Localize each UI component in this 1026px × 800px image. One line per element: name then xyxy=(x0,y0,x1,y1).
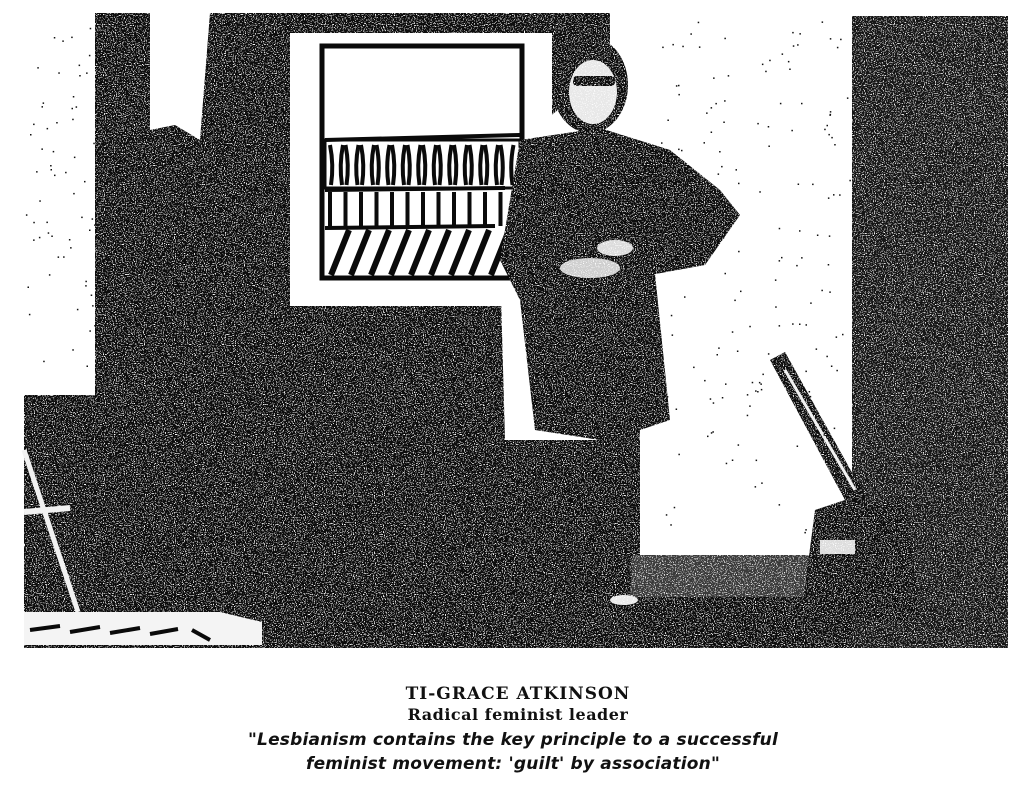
caption-quote: "Lesbianism contains the key principle t… xyxy=(0,728,1026,776)
newspaper-photograph xyxy=(0,0,1026,660)
photo-caption: TI-GRACE ATKINSON Radical feminist leade… xyxy=(0,683,1026,776)
caption-name: TI-GRACE ATKINSON xyxy=(10,683,1026,705)
caption-quote-line-2: feminist movement: 'guilt' by associatio… xyxy=(0,752,1026,776)
photo-halftone-image xyxy=(0,0,1026,660)
caption-quote-line-1: "Lesbianism contains the key principle t… xyxy=(0,728,1026,752)
caption-role: Radical feminist leader xyxy=(10,705,1026,725)
